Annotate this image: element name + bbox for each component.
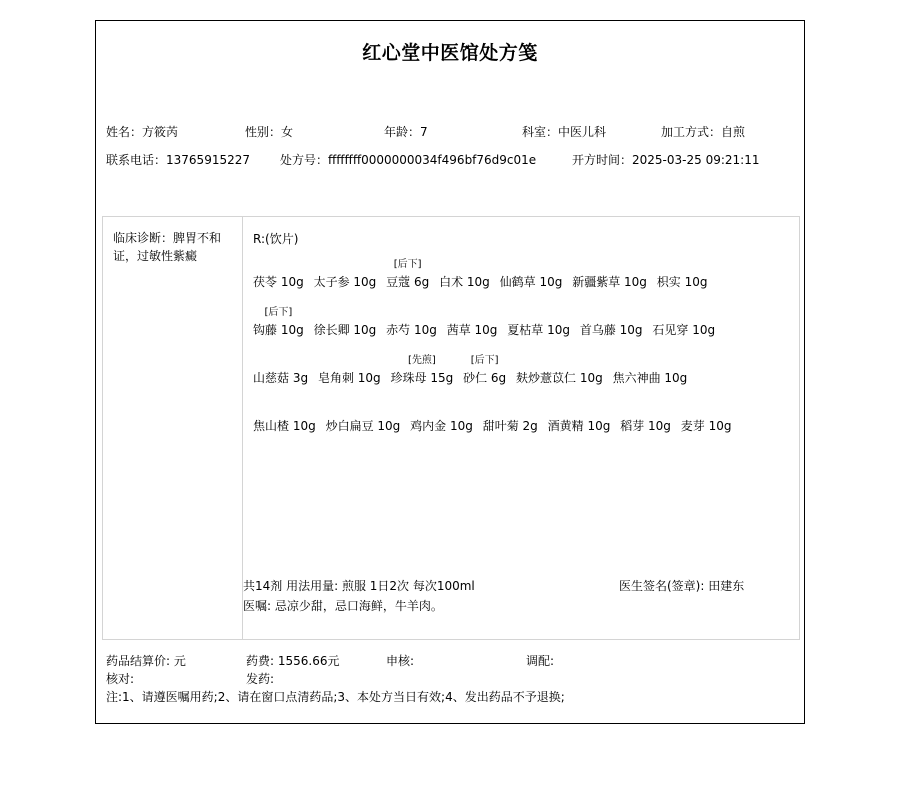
dispense-prep-field: 调配: [526, 652, 554, 669]
herb-item: [后下]钩藤 10g [253, 303, 304, 338]
herb-item: 皂角刺 10g [318, 351, 381, 386]
herb-item: 徐长卿 10g [314, 303, 377, 338]
check-field: 核对: [106, 670, 134, 687]
patient-name-field: 姓名：方筱芮 [106, 123, 178, 140]
herb-item: 焦六神曲 10g [613, 351, 688, 386]
herb-item: 焦山楂 10g [253, 399, 316, 434]
patient-name: 方筱芮 [142, 125, 178, 139]
herb-item: 太子参 10g [314, 255, 377, 290]
processing-method-field: 加工方式：自煎 [661, 123, 745, 140]
herb-note: [后下] [394, 255, 422, 270]
patient-age: 7 [420, 125, 428, 139]
rx-time: 2025-03-25 09:21:11 [632, 153, 759, 167]
herb-row-2: [后下]钩藤 10g 徐长卿 10g 赤芍 10g 茜草 10g 夏枯草 10g… [253, 303, 721, 347]
phone: 13765915227 [166, 153, 250, 167]
rx-number: ffffffff0000000034f496bf76d9c01e [328, 153, 536, 167]
herb-item: 茯苓 10g [253, 255, 304, 290]
herb-note: [先煎] [408, 351, 436, 366]
usage-instructions: 共14剂 用法用量: 煎服 1日2次 每次100ml [243, 577, 475, 594]
herb-item: 仙鹤草 10g [500, 255, 563, 290]
department: 中医儿科 [558, 125, 606, 139]
herb-note: [后下] [471, 351, 499, 366]
drug-fee: 药费: 1556.66元 [246, 652, 339, 669]
herb-row-3: 山慈菇 3g 皂角刺 10g [先煎]珍珠母 15g [后下]砂仁 6g 麸炒薏… [253, 351, 693, 395]
herb-item: 麦芽 10g [681, 399, 732, 434]
prescription-table: 临床诊断：脾胃不和证，过敏性紫癜 R:(饮片) 茯苓 10g 太子参 10g [… [102, 216, 800, 640]
processing-method: 自煎 [721, 125, 745, 139]
herb-item: 赤芍 10g [386, 303, 437, 338]
herb-item: 首乌藤 10g [580, 303, 643, 338]
herb-item: 鸡内金 10g [410, 399, 473, 434]
diagnosis-text: 临床诊断：脾胃不和证，过敏性紫癜 [113, 229, 235, 265]
herb-item: 炒白扁豆 10g [326, 399, 401, 434]
herb-item: 白术 10g [439, 255, 490, 290]
herb-row-4: 焦山楂 10g 炒白扁豆 10g 鸡内金 10g 甜叶菊 2g 酒黄精 10g … [253, 399, 737, 443]
rx-number-field: 处方号：ffffffff0000000034f496bf76d9c01e [280, 151, 536, 168]
herb-item: [后下]砂仁 6g [463, 351, 506, 386]
herb-item: 枳实 10g [657, 255, 708, 290]
herb-row-1: 茯苓 10g 太子参 10g [后下]豆蔻 6g 白术 10g 仙鹤草 10g … [253, 255, 713, 299]
patient-gender-field: 性别：女 [245, 123, 293, 140]
review-field: 申核: [386, 652, 414, 669]
herb-item: 酒黄精 10g [548, 399, 611, 434]
herb-item: 麸炒薏苡仁 10g [516, 351, 603, 386]
herb-item: [后下]豆蔻 6g [386, 255, 429, 290]
herb-item: 新疆紫草 10g [572, 255, 647, 290]
doctor-signature: 医生签名(签章): 田建东 [619, 577, 744, 594]
rx-label: R:(饮片) [253, 230, 298, 247]
herb-item: 甜叶菊 2g [483, 399, 538, 434]
herb-note: [后下] [264, 303, 292, 318]
herb-item: [先煎]珍珠母 15g [391, 351, 454, 386]
prescription-cell: R:(饮片) 茯苓 10g 太子参 10g [后下]豆蔻 6g 白术 10g 仙… [243, 217, 799, 639]
footer-note: 注:1、请遵医嘱用药;2、请在窗口点清药品;3、本处方当日有效;4、发出药品不予… [106, 688, 565, 705]
issue-field: 发药: [246, 670, 274, 687]
herb-item: 茜草 10g [447, 303, 498, 338]
herb-item: 夏枯草 10g [507, 303, 570, 338]
herb-item: 山慈菇 3g [253, 351, 308, 386]
patient-gender: 女 [281, 125, 293, 139]
medical-advice: 医嘱: 忌凉少甜，忌口海鲜，牛羊肉。 [243, 597, 443, 614]
department-field: 科室：中医儿科 [522, 123, 606, 140]
diagnosis-cell: 临床诊断：脾胃不和证，过敏性紫癜 [103, 217, 243, 639]
prescription-sheet: 红心堂中医馆处方笺 姓名：方筱芮 性别：女 年龄：7 科室：中医儿科 加工方式：… [95, 20, 805, 724]
settlement-price: 药品结算价: 元 [106, 652, 186, 669]
phone-field: 联系电话：13765915227 [106, 151, 250, 168]
patient-age-field: 年龄：7 [384, 123, 428, 140]
rx-time-field: 开方时间：2025-03-25 09:21:11 [572, 151, 759, 168]
page-title: 红心堂中医馆处方笺 [96, 38, 804, 65]
herb-item: 稻芽 10g [620, 399, 671, 434]
herb-item: 石见穿 10g [652, 303, 715, 338]
